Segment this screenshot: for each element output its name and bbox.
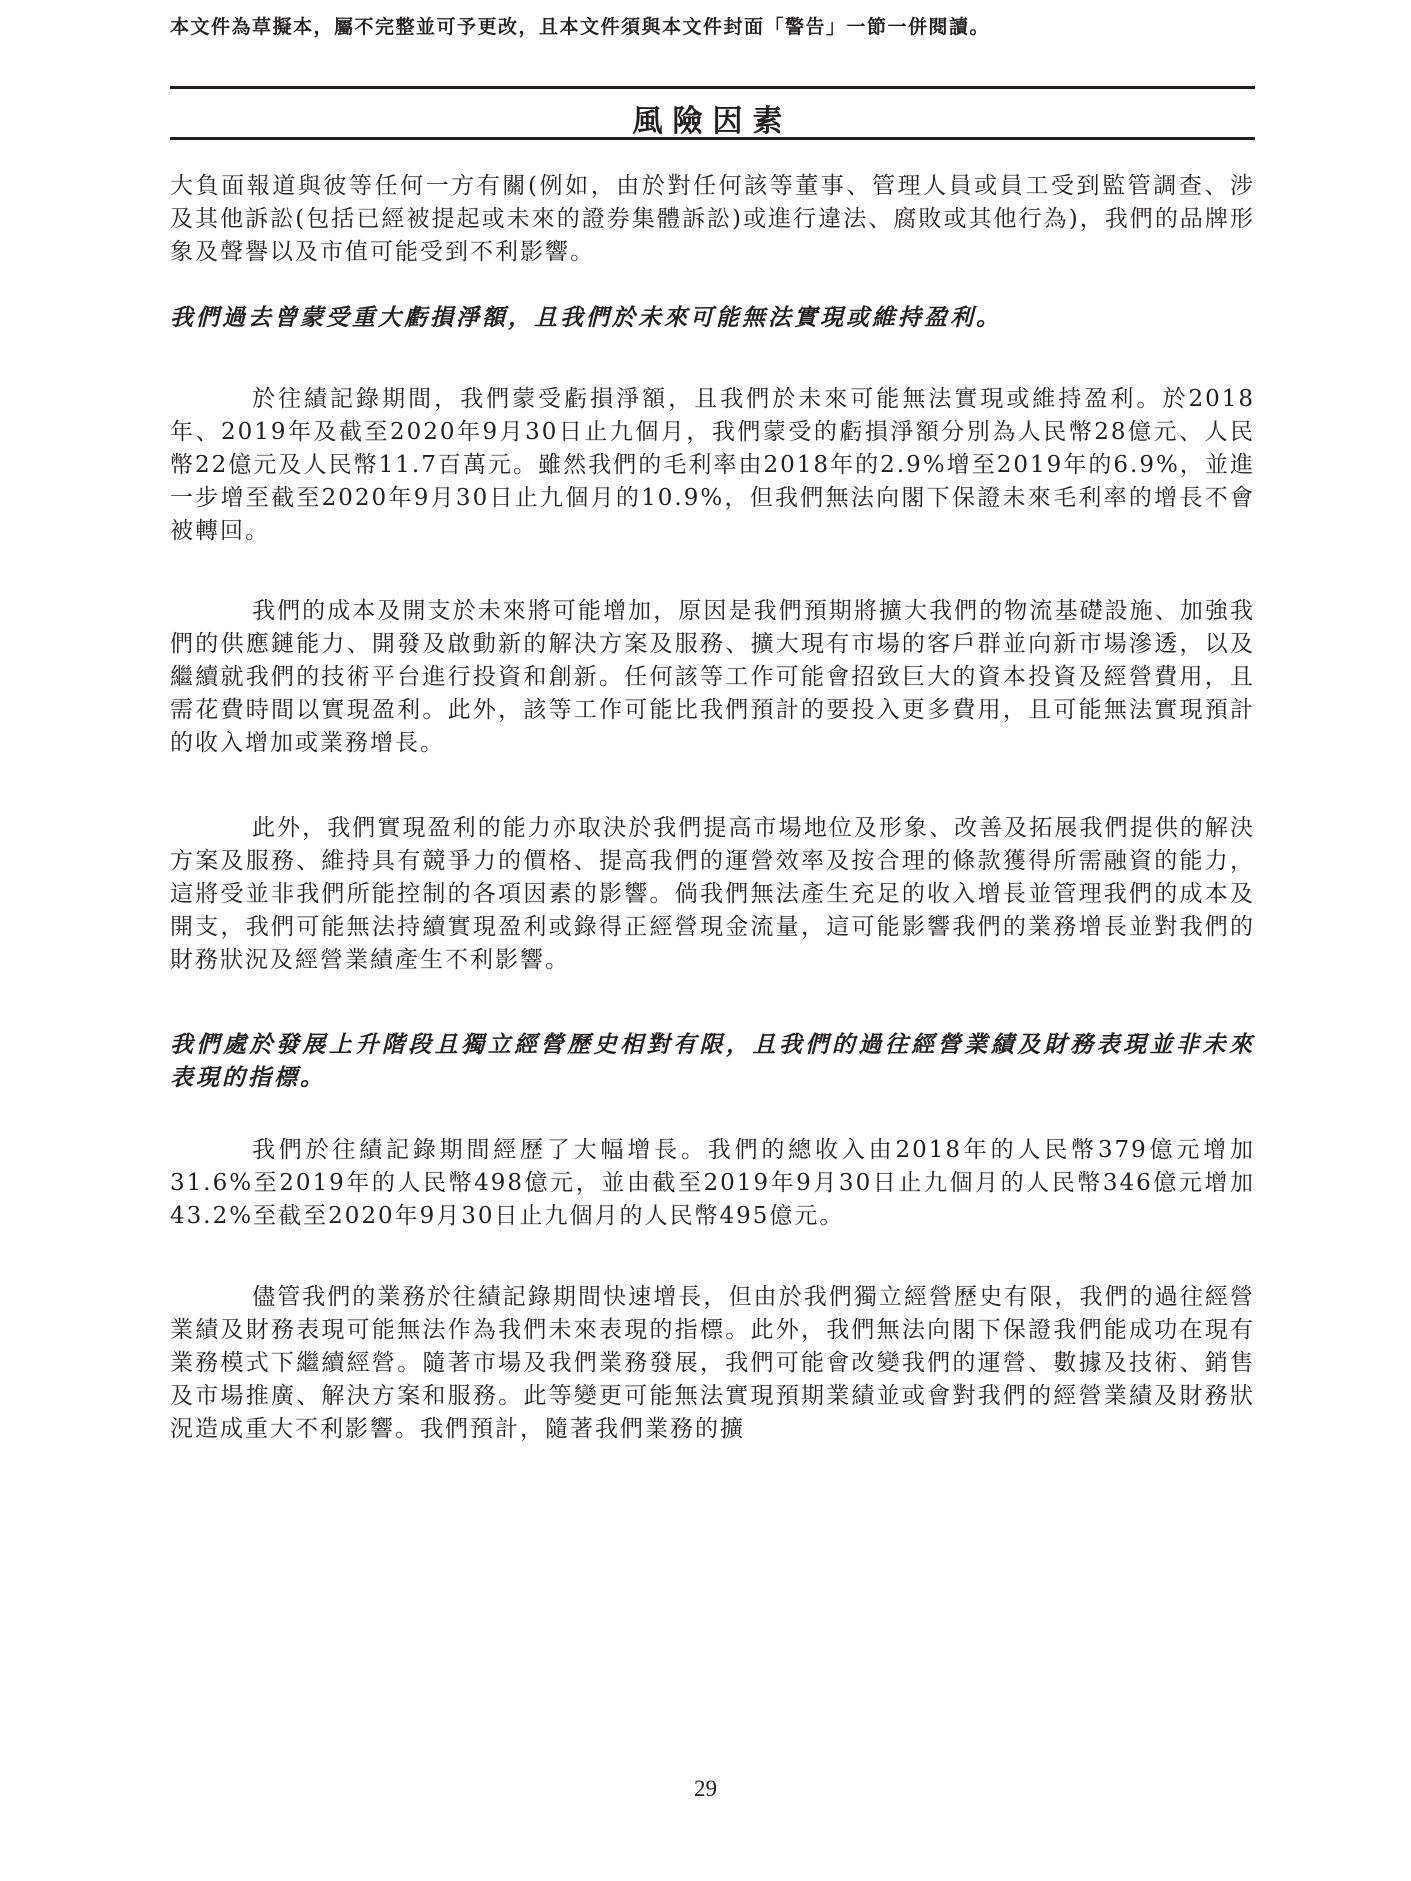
risk-heading-text: 我們處於發展上升階段且獨立經營歷史相對有限，且我們的過往經營業績及財務表現並非未… <box>170 1029 1255 1095</box>
risk-1-paragraph-3: 此外，我們實現盈利的能力亦取決於我們提高市場地位及形象、改善及拓展我們提供的解決… <box>170 812 1255 977</box>
risk-heading-2: 我們處於發展上升階段且獨立經營歷史相對有限，且我們的過往經營業績及財務表現並非未… <box>170 1029 1255 1095</box>
section-title: 風險因素 <box>170 96 1255 140</box>
risk-heading-text: 我們過去曾蒙受重大虧損淨額，且我們於未來可能無法實現或維持盈利。 <box>170 302 1255 335</box>
risk-heading-1: 我們過去曾蒙受重大虧損淨額，且我們於未來可能無法實現或維持盈利。 <box>170 302 1255 335</box>
risk-2-paragraph-1: 我們於往績記錄期間經歷了大幅增長。我們的總收入由2018年的人民幣379億元增加… <box>170 1134 1255 1233</box>
continuation-paragraph: 大負面報道與彼等任何一方有關(例如，由於對任何該等董事、管理人員或員工受到監管調… <box>170 170 1255 269</box>
paragraph-text: 於往績記錄期間，我們蒙受虧損淨額，且我們於未來可能無法實現或維持盈利。於2018… <box>170 383 1255 548</box>
page-number: 29 <box>0 1776 1411 1802</box>
draft-notice: 本文件為草擬本，屬不完整並可予更改，且本文件須與本文件封面「警告」一節一併閱讀。 <box>170 12 1260 39</box>
paragraph-text: 儘管我們的業務於往績記錄期間快速增長，但由於我們獨立經營歷史有限，我們的過往經營… <box>170 1281 1255 1446</box>
paragraph-text: 我們的成本及開支於未來將可能增加，原因是我們預期將擴大我們的物流基礎設施、加強我… <box>170 595 1255 760</box>
title-rule-top <box>170 86 1255 89</box>
risk-1-paragraph-1: 於往績記錄期間，我們蒙受虧損淨額，且我們於未來可能無法實現或維持盈利。於2018… <box>170 383 1255 548</box>
paragraph-text: 大負面報道與彼等任何一方有關(例如，由於對任何該等董事、管理人員或員工受到監管調… <box>170 170 1255 269</box>
paragraph-text: 此外，我們實現盈利的能力亦取決於我們提高市場地位及形象、改善及拓展我們提供的解決… <box>170 812 1255 977</box>
risk-2-paragraph-2: 儘管我們的業務於往績記錄期間快速增長，但由於我們獨立經營歷史有限，我們的過往經營… <box>170 1281 1255 1446</box>
document-page: 本文件為草擬本，屬不完整並可予更改，且本文件須與本文件封面「警告」一節一併閱讀。… <box>0 0 1411 1881</box>
risk-1-paragraph-2: 我們的成本及開支於未來將可能增加，原因是我們預期將擴大我們的物流基礎設施、加強我… <box>170 595 1255 760</box>
paragraph-text: 我們於往績記錄期間經歷了大幅增長。我們的總收入由2018年的人民幣379億元增加… <box>170 1134 1255 1233</box>
title-rule-bottom <box>170 137 1255 140</box>
